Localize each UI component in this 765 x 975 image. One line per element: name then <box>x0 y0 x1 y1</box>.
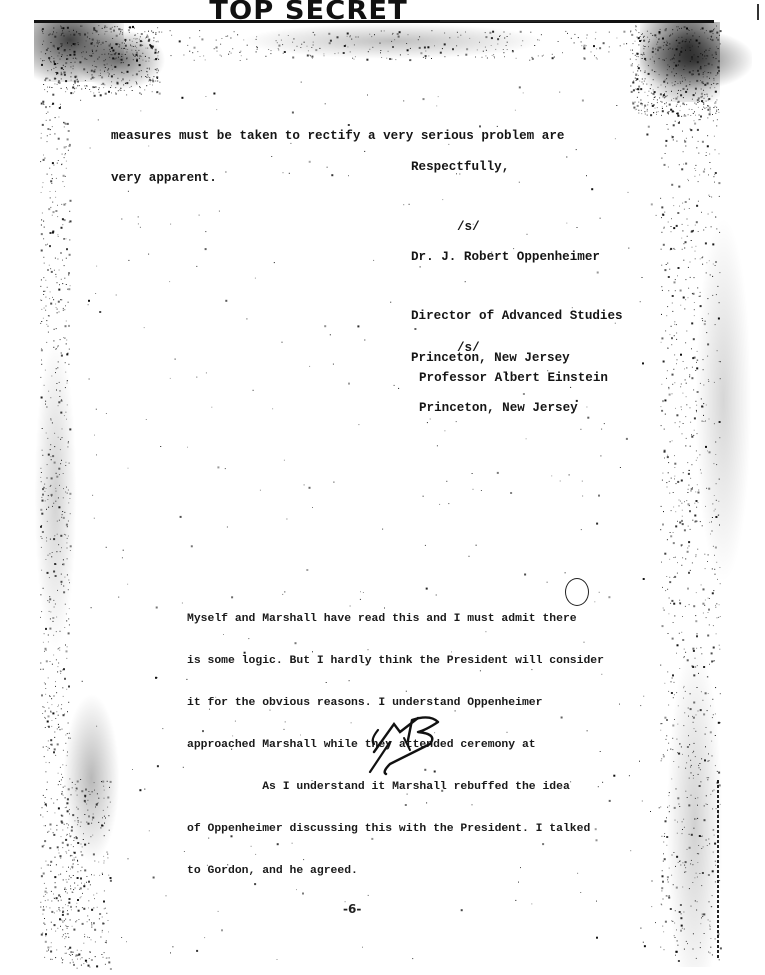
title-line: Princeton, New Jersey <box>411 351 623 365</box>
memo-line: it for the obvious reasons. I understand… <box>187 696 604 710</box>
scan-smudge <box>640 22 720 102</box>
scan-edge-line <box>717 780 719 960</box>
memo-line: is some logic. But I hardly think the Pr… <box>187 654 604 668</box>
opening-paragraph: measures must be taken to rectify a very… <box>111 101 564 213</box>
title-line: Director of Advanced Studies <box>411 309 623 323</box>
memo-line: of Oppenheimer discussing this with the … <box>187 822 604 836</box>
stamp-underline <box>440 20 600 22</box>
closing-salutation: Respectfully, <box>411 160 509 174</box>
signatory-name-einstein: Professor Albert Einstein <box>419 371 608 385</box>
signatory-name-oppenheimer: Dr. J. Robert Oppenheimer <box>411 250 600 264</box>
paragraph-line: measures must be taken to rectify a very… <box>111 129 564 143</box>
memo-line: to Gordon, and he agreed. <box>187 864 604 878</box>
classification-stamp: TOP SECRET <box>209 0 407 22</box>
scan-mark <box>757 4 759 20</box>
memo-line: Myself and Marshall have read this and I… <box>187 612 604 626</box>
signatory-location-einstein: Princeton, New Jersey <box>419 401 578 415</box>
handwritten-initials-icon <box>360 710 460 790</box>
pen-circle-annotation <box>565 578 589 606</box>
document-page: TOP SECRET measures must be taken to rec… <box>0 0 765 975</box>
signature-mark-einstein: /s/ <box>457 341 480 355</box>
scan-smudge <box>34 22 124 82</box>
page-number: -6- <box>343 902 361 916</box>
signature-mark-oppenheimer: /s/ <box>457 220 480 234</box>
